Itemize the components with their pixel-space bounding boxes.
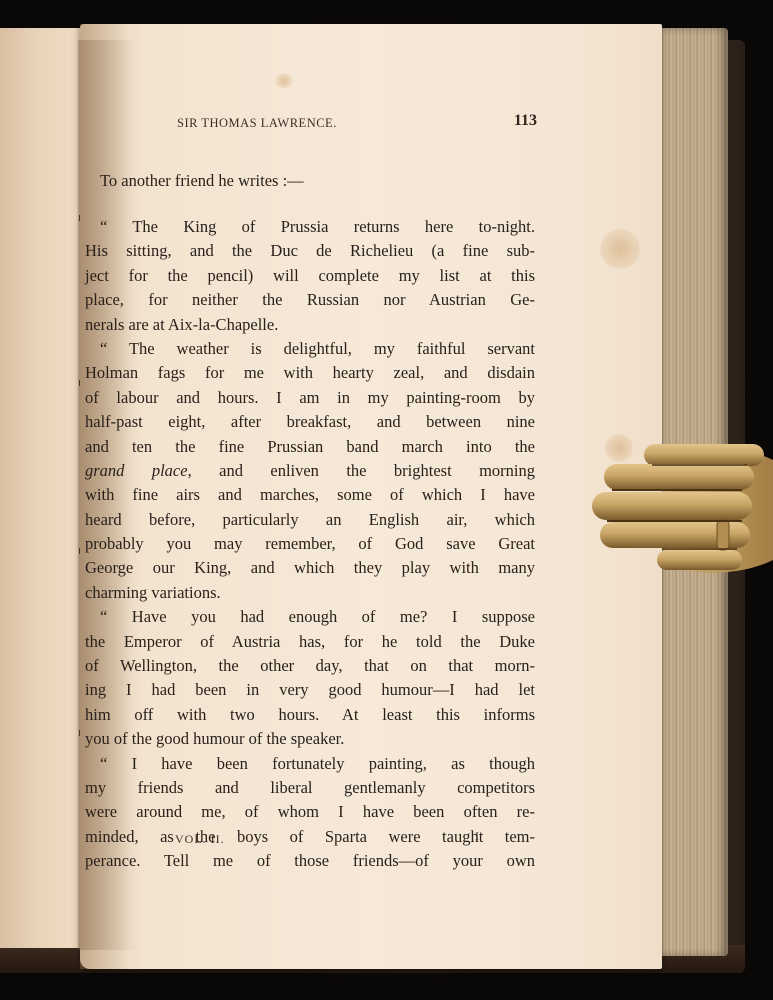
text-line: half-past eight, after breakfast, and be… — [85, 410, 535, 434]
brass-hand-page-weight-icon[interactable] — [582, 440, 773, 575]
text-line: ject for the pencil) will complete my li… — [85, 264, 535, 288]
text-line: and ten the fine Prussian band march int… — [85, 435, 535, 459]
footer-volume: VOL. II. — [175, 832, 225, 847]
text-line: the Emperor of Austria has, for he told … — [85, 630, 535, 654]
text-line: heard before, particularly an English ai… — [85, 508, 535, 532]
line-text: and enliven the brightest morning — [192, 461, 535, 480]
text-line: place, for neither the Russian nor Austr… — [85, 288, 535, 312]
text-line: grand place, and enliven the brightest m… — [85, 459, 535, 483]
running-head-title: SIR THOMAS LAWRENCE. — [177, 116, 337, 131]
text-line: with fine airs and marches, some of whic… — [85, 483, 535, 507]
body-text: “ The King of Prussia returns here to-ni… — [85, 215, 535, 874]
text-line: charming variations. — [85, 581, 535, 605]
text-line: you of the good humour of the speaker. — [85, 727, 535, 751]
text-line: my friends and liberal gentlemanly compe… — [85, 776, 535, 800]
text-line: of Wellington, the other day, that on th… — [85, 654, 535, 678]
text-line: of labour and hours. I am in my painting… — [85, 386, 535, 410]
text-line: were around me, of whom I have been ofte… — [85, 800, 535, 824]
foxing-spot — [275, 74, 293, 88]
text-line: “ I have been fortunately painting, as t… — [85, 752, 535, 776]
text-line: ing I had been in very good humour—I had… — [85, 678, 535, 702]
text-line: His sitting, and the Duc de Richelieu (a… — [85, 239, 535, 263]
text-line: “ The King of Prussia returns here to-ni… — [85, 215, 535, 239]
footer-signature-mark: I — [475, 829, 479, 844]
text-line: probably you may remember, of God save G… — [85, 532, 535, 556]
running-head: SIR THOMAS LAWRENCE. 113 — [85, 112, 537, 132]
intro-line: To another friend he writes :— — [100, 171, 304, 191]
text-line: minded, as the boys of Sparta were taugh… — [85, 825, 535, 849]
text-line: him off with two hours. At least this in… — [85, 703, 535, 727]
text-line: “ The weather is delightful, my faithful… — [85, 337, 535, 361]
text-line: George our King, and which they play wit… — [85, 556, 535, 580]
text-line: “ Have you had enough of me? I suppose — [85, 605, 535, 629]
foxing-spot — [600, 229, 640, 269]
text-line: perance. Tell me of those friends—of you… — [85, 849, 535, 873]
page-number: 113 — [514, 112, 537, 130]
italic-phrase: grand place, — [85, 461, 192, 480]
text-line: nerals are at Aix-la-Chapelle. — [85, 313, 535, 337]
text-line: Holman fags for me with hearty zeal, and… — [85, 361, 535, 385]
